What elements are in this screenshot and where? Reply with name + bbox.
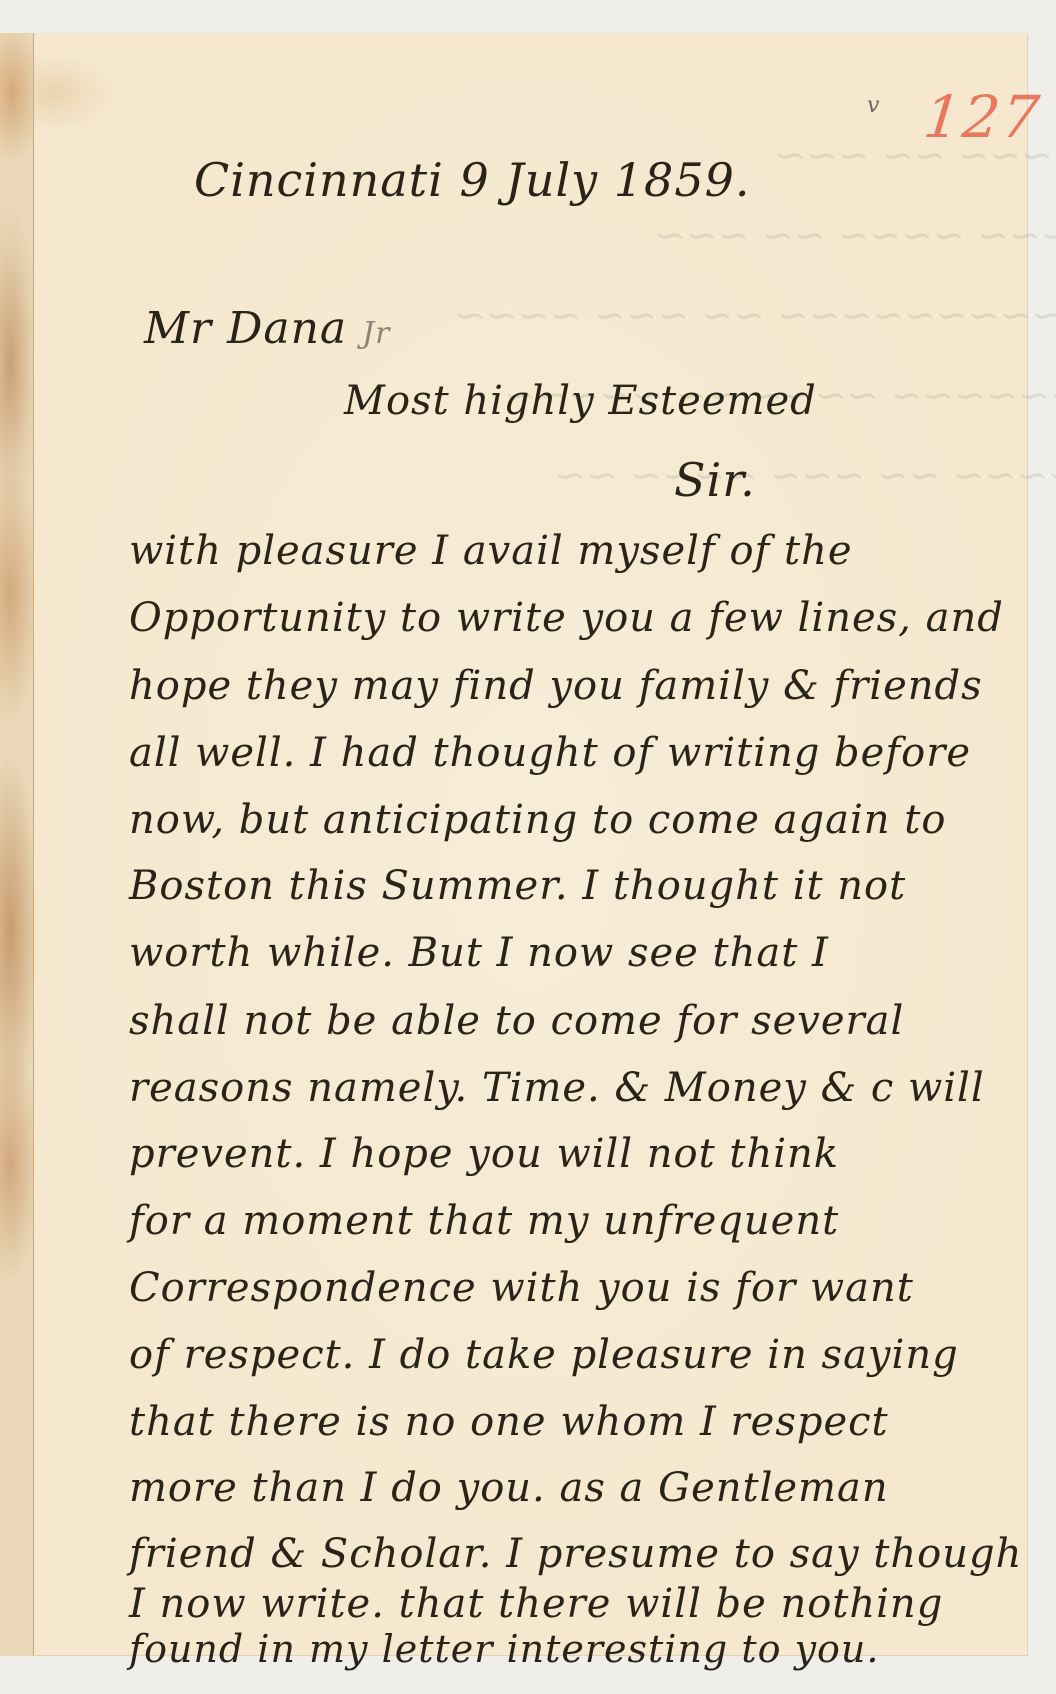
recipient-annotation: Jr — [362, 316, 390, 351]
salutation-line-2: Sir. — [674, 453, 756, 507]
recipient-line: Mr Dana Jr — [144, 303, 391, 354]
body-line: for a moment that my unfrequent — [129, 1198, 839, 1244]
dateline: Cincinnati 9 July 1859. — [194, 153, 750, 207]
letter-sheet: ~~~~ ~~ ~~~ ~~~~~ ~~~~ ~~ ~~~ ~~~~~~~~~~… — [34, 33, 1027, 1655]
previous-page-margin-strip — [0, 33, 34, 1656]
body-line: prevent. I hope you will not think — [129, 1131, 839, 1177]
body-line: shall not be able to come for several — [129, 998, 904, 1044]
body-line: I now write. that there will be nothing — [129, 1581, 943, 1627]
body-line: Opportunity to write you a few lines, an… — [129, 595, 1004, 641]
body-line: hope they may find you family & friends — [129, 663, 983, 709]
body-line: that there is no one whom I respect — [129, 1399, 889, 1445]
body-line: worth while. But I now see that I — [129, 930, 829, 976]
body-line: all well. I had thought of writing befor… — [129, 730, 971, 776]
body-line: more than I do you. as a Gentleman — [129, 1465, 889, 1511]
body-line: friend & Scholar. I presume to say thoug… — [129, 1531, 1022, 1577]
body-line: of respect. I do take pleasure in saying — [129, 1332, 959, 1378]
recipient: Mr Dana — [144, 303, 347, 354]
body-line: Boston this Summer. I thought it not — [129, 863, 906, 909]
letter-text: Cincinnati 9 July 1859. Mr Dana Jr Most … — [34, 33, 1027, 1655]
body-line: reasons namely. Time. & Money & c will — [129, 1065, 985, 1111]
body-line: with pleasure I avail myself of the — [129, 528, 853, 574]
body-line: Correspondence with you is for want — [129, 1265, 914, 1311]
body-line: found in my letter interesting to you. — [129, 1627, 879, 1671]
body-line: now, but anticipating to come again to — [129, 797, 946, 843]
salutation-line-1: Most highly Esteemed — [344, 378, 817, 424]
